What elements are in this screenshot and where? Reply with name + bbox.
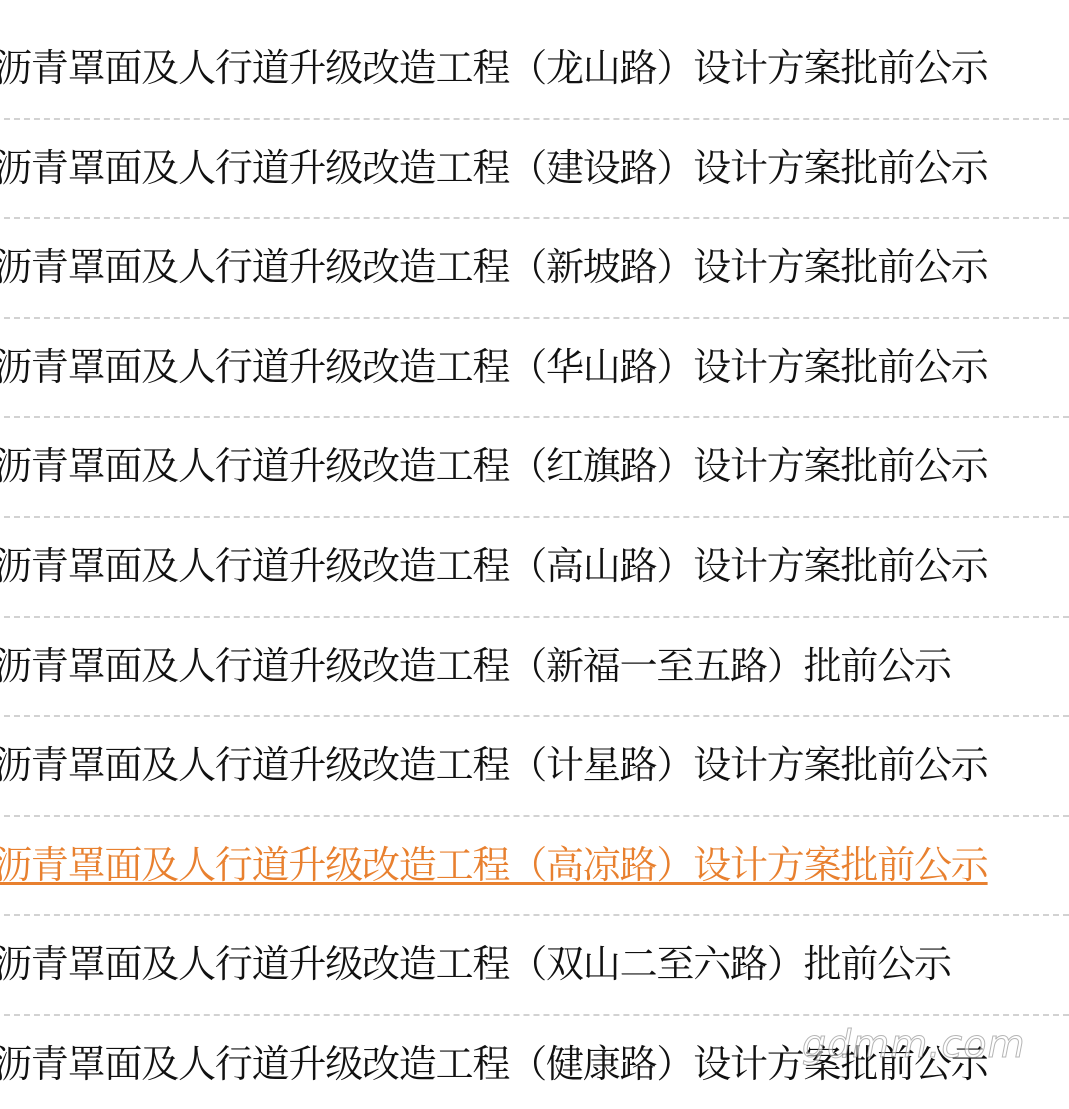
announcement-link-jiankang-road[interactable]: 沥青罩面及人行道升级改造工程（健康路）设计方案批前公示 — [0, 1040, 988, 1088]
announcement-link-longshan-road[interactable]: 沥青罩面及人行道升级改造工程（龙山路）设计方案批前公示 — [0, 44, 988, 92]
announcement-link-huashan-road[interactable]: 沥青罩面及人行道升级改造工程（华山路）设计方案批前公示 — [0, 343, 988, 391]
list-item: 沥青罩面及人行道升级改造工程（健康路）设计方案批前公示 — [0, 1016, 1069, 1109]
list-item: 沥青罩面及人行道升级改造工程（红旗路）设计方案批前公示 — [0, 418, 1069, 518]
announcement-link-xinpo-road[interactable]: 沥青罩面及人行道升级改造工程（新坡路）设计方案批前公示 — [0, 243, 988, 291]
list-item: 沥青罩面及人行道升级改造工程（高山路）设计方案批前公示 — [0, 518, 1069, 618]
list-item: 沥青罩面及人行道升级改造工程（龙山路）设计方案批前公示 — [0, 20, 1069, 120]
announcement-link-gaoshan-road[interactable]: 沥青罩面及人行道升级改造工程（高山路）设计方案批前公示 — [0, 542, 988, 590]
list-item: 沥青罩面及人行道升级改造工程（双山二至六路）批前公示 — [0, 916, 1069, 1016]
list-item-active: 沥青罩面及人行道升级改造工程（高凉路）设计方案批前公示 — [0, 817, 1069, 917]
list-item: 沥青罩面及人行道升级改造工程（建设路）设计方案批前公示 — [0, 120, 1069, 220]
announcement-link-hongqi-road[interactable]: 沥青罩面及人行道升级改造工程（红旗路）设计方案批前公示 — [0, 442, 988, 490]
announcement-link-jixing-road[interactable]: 沥青罩面及人行道升级改造工程（计星路）设计方案批前公示 — [0, 741, 988, 789]
list-item: 沥青罩面及人行道升级改造工程（新福一至五路）批前公示 — [0, 618, 1069, 718]
list-item: 沥青罩面及人行道升级改造工程（新坡路）设计方案批前公示 — [0, 219, 1069, 319]
announcement-link-jianshe-road[interactable]: 沥青罩面及人行道升级改造工程（建设路）设计方案批前公示 — [0, 144, 988, 192]
list-item: 沥青罩面及人行道升级改造工程（华山路）设计方案批前公示 — [0, 319, 1069, 419]
announcement-list: 沥青罩面及人行道升级改造工程（龙山路）设计方案批前公示 沥青罩面及人行道升级改造… — [0, 20, 1069, 1109]
announcement-link-xinfu-roads[interactable]: 沥青罩面及人行道升级改造工程（新福一至五路）批前公示 — [0, 642, 951, 690]
announcement-link-gaoliang-road[interactable]: 沥青罩面及人行道升级改造工程（高凉路）设计方案批前公示 — [0, 841, 988, 889]
list-item: 沥青罩面及人行道升级改造工程（计星路）设计方案批前公示 — [0, 717, 1069, 817]
announcement-link-shuangshan-roads[interactable]: 沥青罩面及人行道升级改造工程（双山二至六路）批前公示 — [0, 940, 951, 988]
